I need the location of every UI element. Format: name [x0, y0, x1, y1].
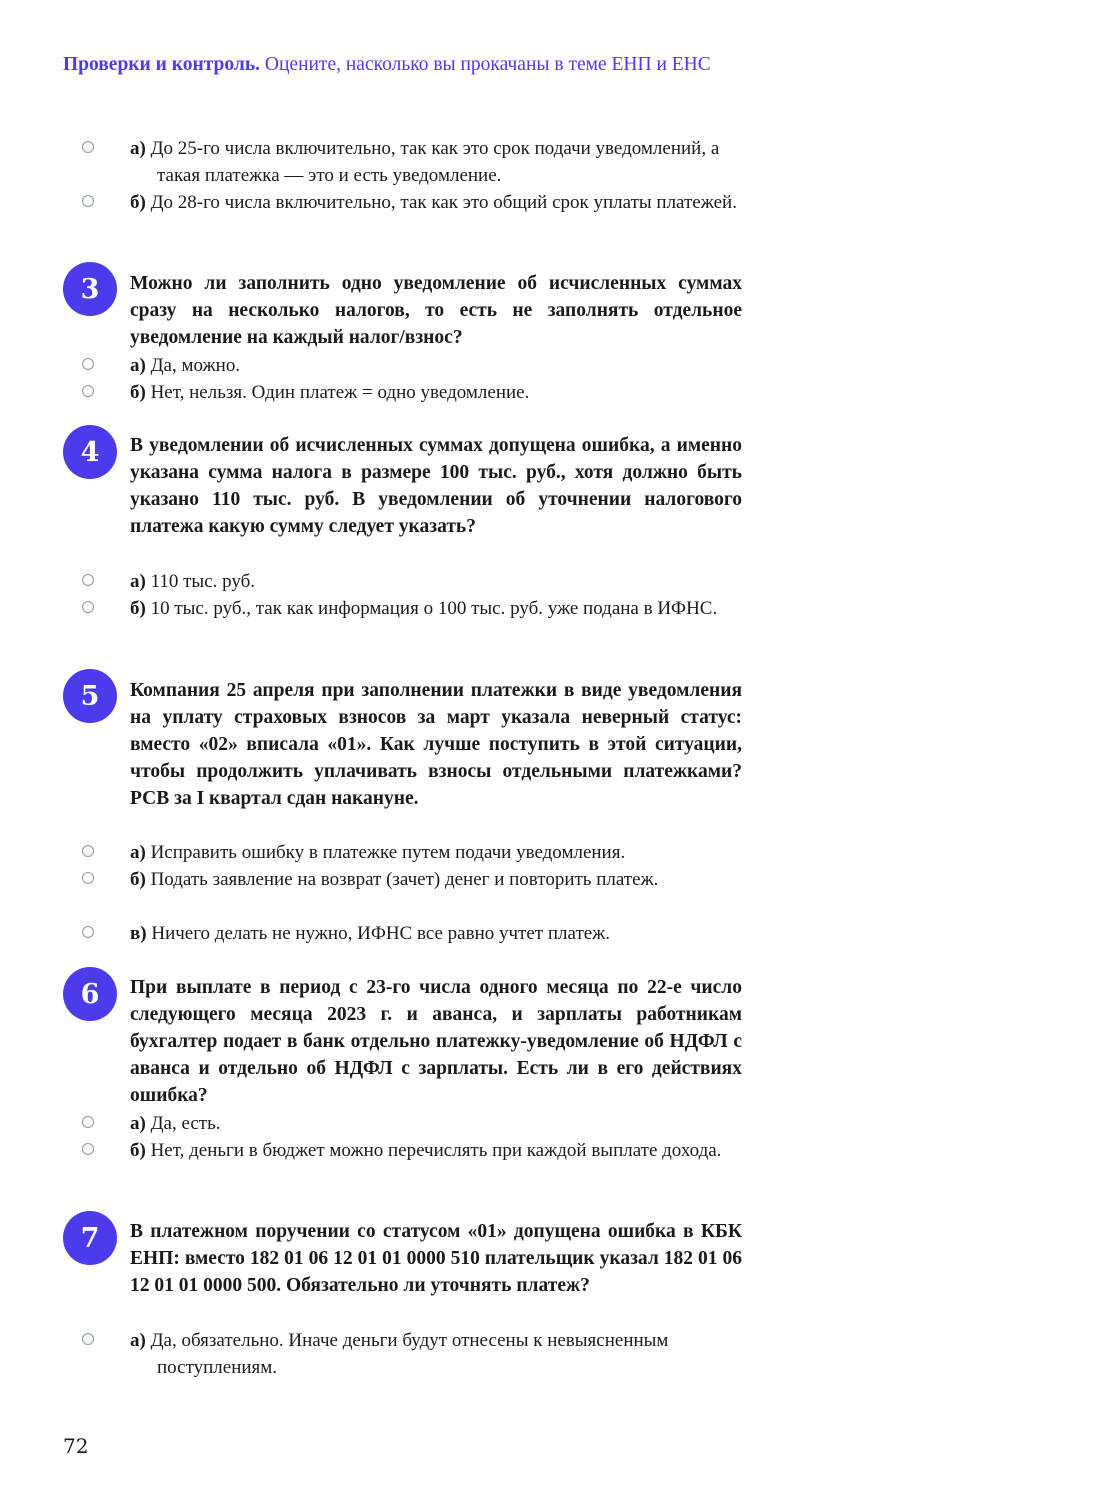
- section-subtitle: Оцените, насколько вы прокачаны в теме Е…: [260, 54, 711, 75]
- section-header: Проверки и контроль. Оцените, насколько …: [63, 54, 711, 76]
- radio-icon[interactable]: [82, 1333, 94, 1345]
- radio-icon[interactable]: [82, 385, 94, 397]
- question-number-badge: 4: [63, 425, 117, 479]
- question-number-badge: 7: [63, 1211, 117, 1265]
- radio-icon[interactable]: [82, 358, 94, 370]
- radio-icon[interactable]: [82, 195, 94, 207]
- radio-icon[interactable]: [82, 1143, 94, 1155]
- section-title: Проверки и контроль.: [63, 54, 260, 75]
- radio-icon[interactable]: [82, 845, 94, 857]
- question-number-badge: 3: [63, 262, 117, 316]
- page-number: 72: [63, 1434, 88, 1458]
- question-number-badge: 6: [63, 967, 117, 1021]
- question-text: При выплате в период с 23-го числа одног…: [130, 974, 742, 1109]
- question-text: Компания 25 апреля при заполнении платеж…: [130, 677, 742, 812]
- question-number-badge: 5: [63, 669, 117, 723]
- question-text: Можно ли заполнить одно уведомление об и…: [130, 270, 742, 351]
- radio-icon[interactable]: [82, 872, 94, 884]
- question-text: В платежном поручении со статусом «01» д…: [130, 1218, 742, 1299]
- radio-icon[interactable]: [82, 1116, 94, 1128]
- radio-icon[interactable]: [82, 141, 94, 153]
- radio-icon[interactable]: [82, 601, 94, 613]
- radio-icon[interactable]: [82, 574, 94, 586]
- radio-icon[interactable]: [82, 926, 94, 938]
- question-text: В уведомлении об исчисленных суммах допу…: [130, 432, 742, 540]
